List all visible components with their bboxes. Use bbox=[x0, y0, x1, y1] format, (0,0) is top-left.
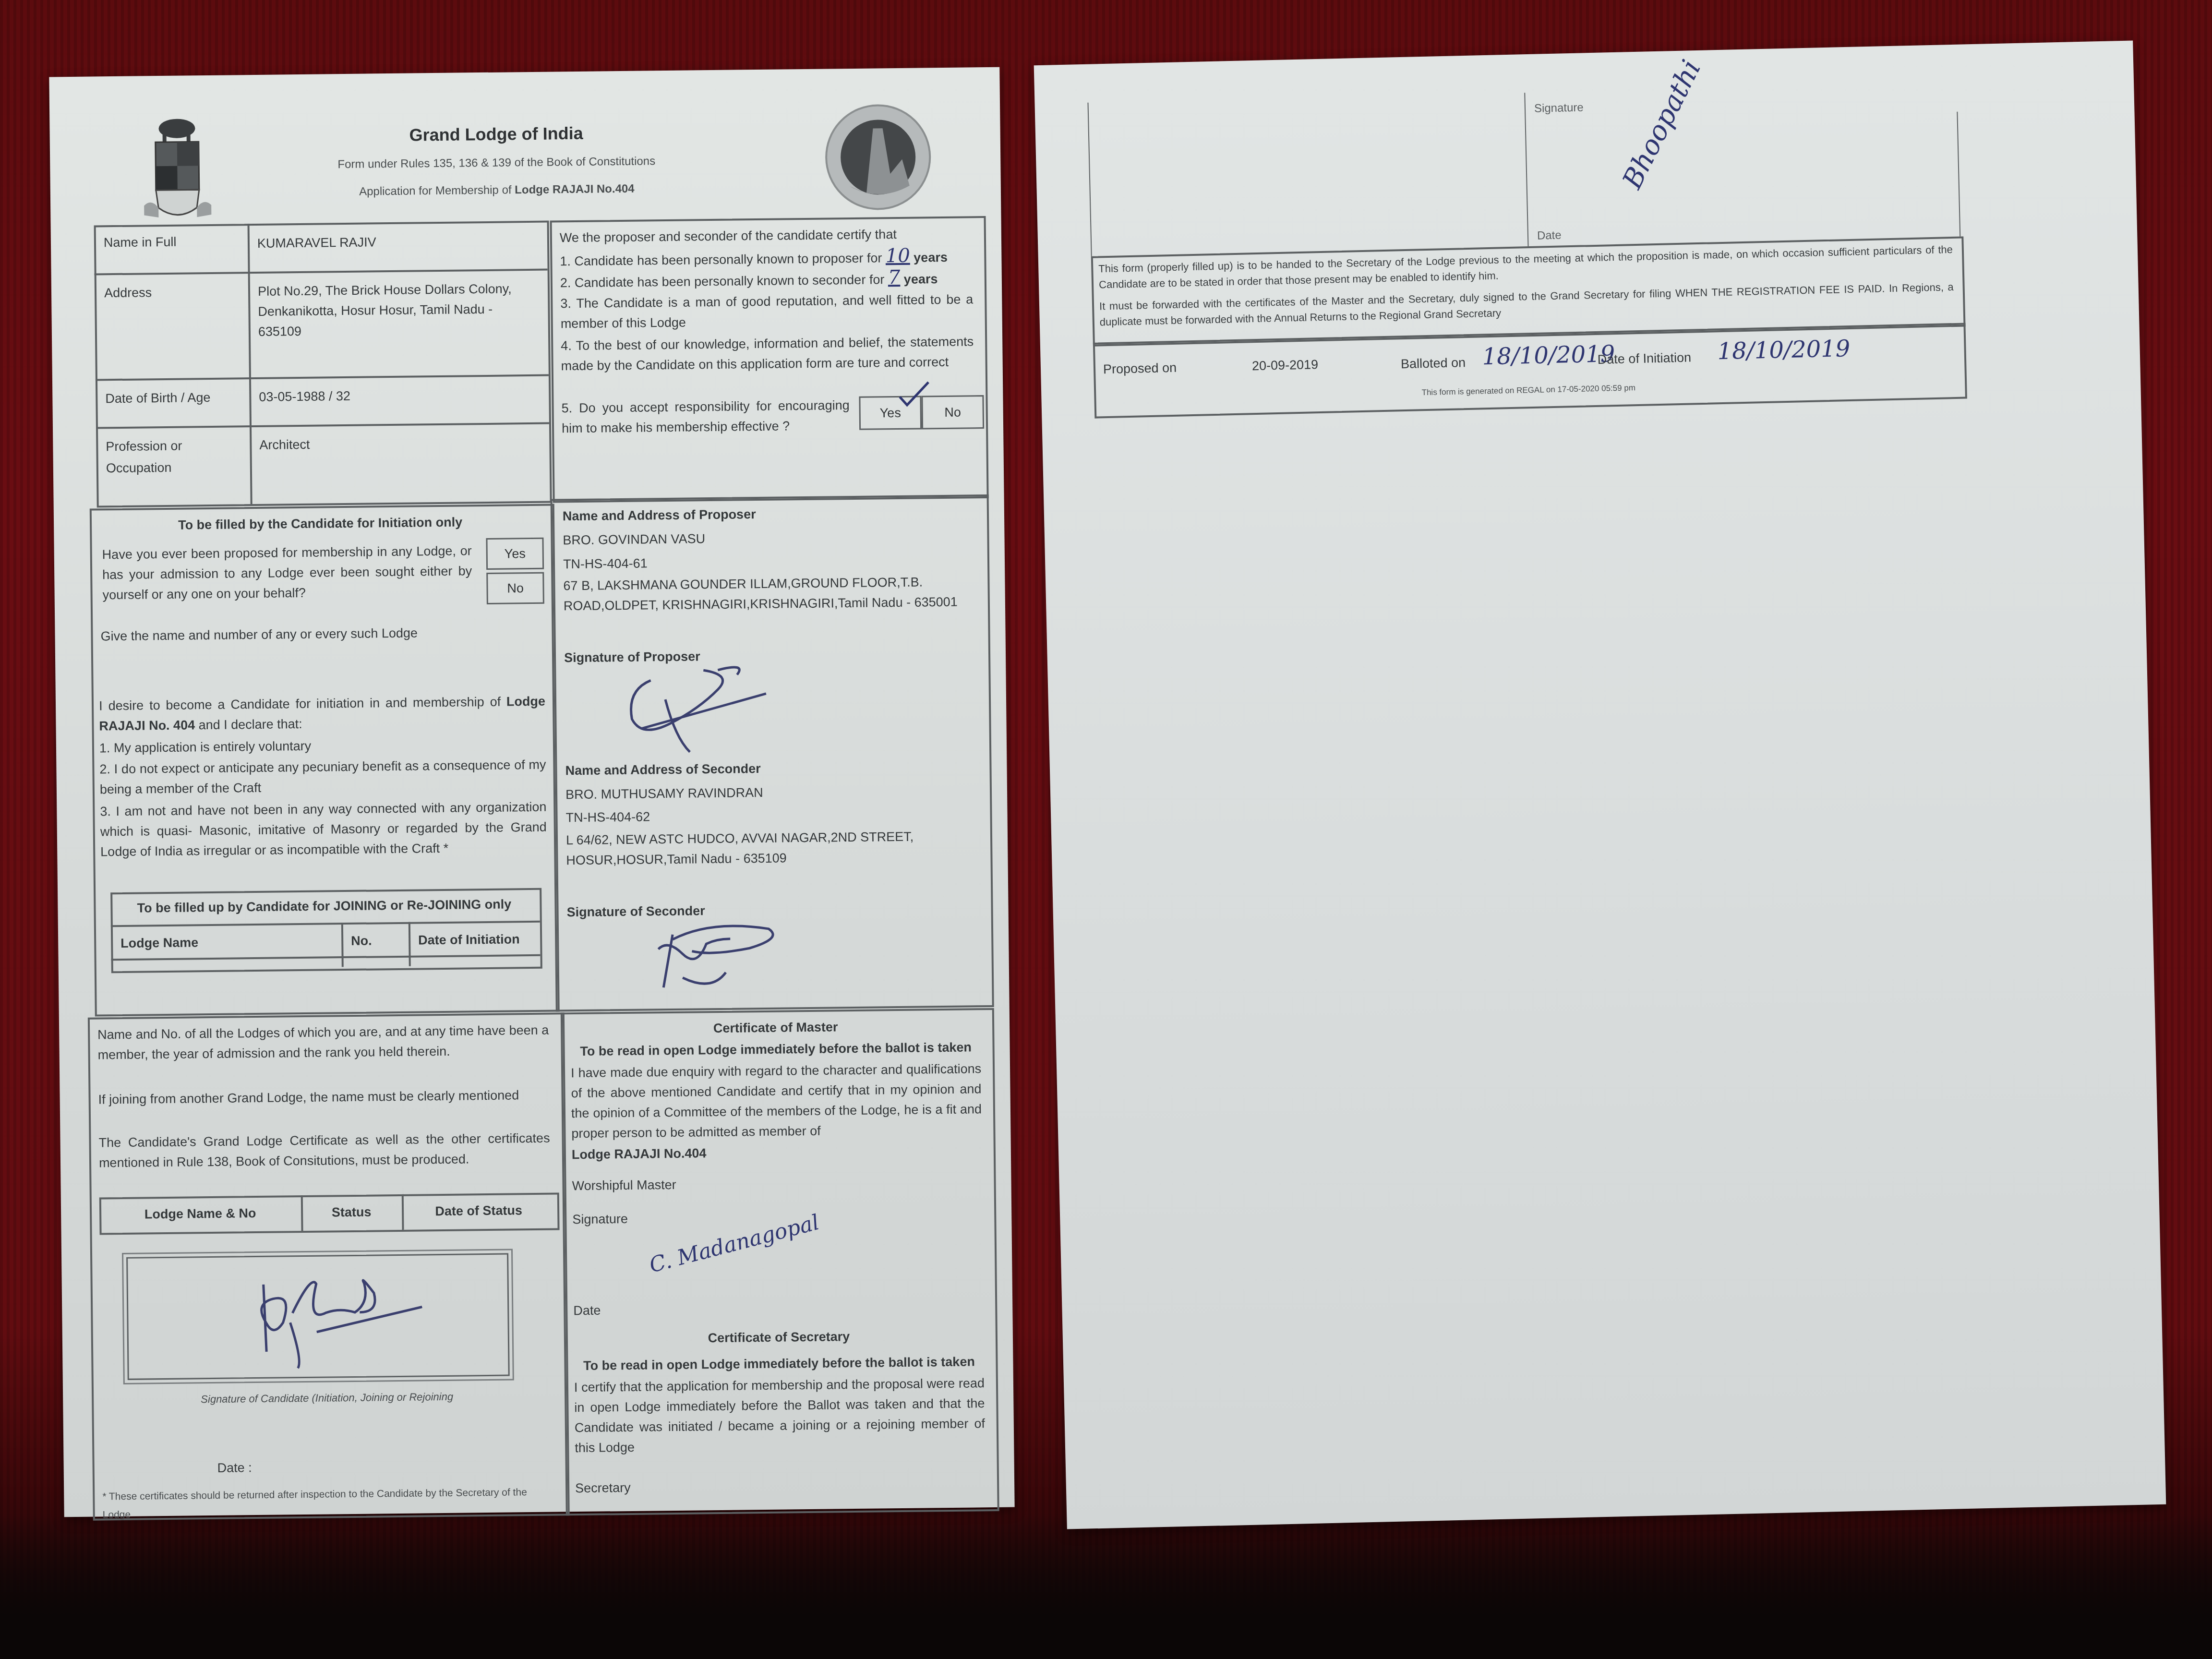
master-role: Worshipful Master bbox=[572, 1175, 676, 1196]
master-lodge: Lodge RAJAJI No.404 bbox=[572, 1143, 707, 1165]
master-signature-label: Signature bbox=[572, 1209, 628, 1229]
seconder-id: TN-HS-404-62 bbox=[565, 806, 650, 828]
address-label: Address bbox=[104, 282, 152, 303]
item1-suffix: years bbox=[914, 250, 948, 265]
joining-col-lodge-name: Lodge Name bbox=[120, 932, 198, 953]
seconder-address: L 64/62, NEW ASTC HUDCO, AVVAI NAGAR,2ND… bbox=[566, 826, 979, 870]
item2-text: 2. Candidate has been personally known t… bbox=[560, 272, 885, 290]
seconder-signature-label: Signature of Seconder bbox=[566, 901, 705, 922]
proposer-id: TN-HS-404-61 bbox=[563, 553, 648, 574]
initiation-date-value: 18/10/2019 bbox=[1717, 335, 1851, 365]
seconder-heading: Name and Address of Seconder bbox=[565, 758, 761, 781]
proposer-address: 67 B, LAKSHMANA GOUNDER ILLAM,GROUND FLO… bbox=[563, 571, 976, 616]
balloted-on-label: Balloted on bbox=[1401, 352, 1466, 374]
grand-lodge-crest-icon bbox=[141, 114, 214, 225]
item1-text: 1. Candidate has been personally known t… bbox=[560, 251, 882, 268]
form-subtitle: Form under Rules 135, 136 & 139 of the B… bbox=[232, 154, 760, 173]
item2-suffix: years bbox=[904, 272, 938, 287]
secretary-role: Secretary bbox=[575, 1478, 631, 1498]
regional-seal-icon bbox=[822, 101, 934, 213]
name-label: Name in Full bbox=[104, 232, 177, 253]
item3-text: 3. The Candidate is a man of good reputa… bbox=[560, 289, 974, 334]
declaration-intro: I desire to become a Candidate for initi… bbox=[99, 691, 546, 736]
item4-text: 4. To the best of our knowledge, informa… bbox=[561, 331, 974, 376]
application-lodge: Lodge RAJAJI No.404 bbox=[515, 182, 635, 197]
item1-years-value: 10 bbox=[886, 245, 910, 267]
dob-label: Date of Birth / Age bbox=[105, 387, 211, 409]
declaration-3: 3. I am not and have not been in any way… bbox=[100, 797, 547, 862]
seconder-name: BRO. MUTHUSAMY RAVINDRAN bbox=[565, 782, 763, 805]
certification-intro: We the proposer and seconder of the cand… bbox=[560, 223, 973, 248]
proposed-on-label: Proposed on bbox=[1103, 358, 1177, 379]
balloted-on-value: 18/10/2019 bbox=[1482, 340, 1615, 370]
joining-col-date: Date of Initiation bbox=[418, 929, 520, 950]
initiation-question: Have you ever been proposed for membersh… bbox=[102, 541, 472, 605]
name-value: KUMARAVEL RAJIV bbox=[257, 230, 536, 253]
initiation-no-checkbox[interactable]: No bbox=[486, 572, 544, 604]
application-form-page-1: Grand Lodge of India Form under Rules 13… bbox=[49, 67, 1014, 1517]
declaration-2: 2. I do not expect or anticipate any pec… bbox=[99, 755, 546, 800]
proposer-name: BRO. GOVINDAN VASU bbox=[563, 529, 705, 550]
lodges-col-status: Status bbox=[301, 1202, 402, 1223]
lodges-para-3: The Candidate's Grand Lodge Certificate … bbox=[98, 1128, 550, 1173]
dob-value: 03-05-1988 / 32 bbox=[259, 386, 350, 407]
right-date-label: Date bbox=[1537, 229, 1562, 243]
certificates-footnote: * These certificates should be returned … bbox=[102, 1483, 554, 1525]
right-signature-label: Signature bbox=[1534, 101, 1584, 115]
checkmark-icon bbox=[897, 380, 931, 409]
address-value: Plot No.29, The Brick House Dollars Colo… bbox=[258, 278, 537, 342]
candidate-signature bbox=[244, 1263, 446, 1371]
proposer-signature bbox=[622, 660, 795, 757]
form-title: Grand Lodge of India bbox=[232, 121, 760, 147]
candidate-date-label: Date : bbox=[217, 1457, 252, 1478]
secretary-body: I certify that the application for membe… bbox=[574, 1373, 986, 1458]
lodges-col-name: Lodge Name & No bbox=[99, 1202, 301, 1225]
right-signature: Bhoopathi bbox=[1617, 55, 1707, 194]
application-line: Application for Membership of Lodge RAJA… bbox=[233, 181, 761, 200]
proposer-heading: Name and Address of Proposer bbox=[563, 504, 756, 526]
initiation-date-label: Date of Initiation bbox=[1597, 347, 1691, 369]
lodges-col-date: Date of Status bbox=[402, 1200, 555, 1222]
initiation-yes-checkbox[interactable]: Yes bbox=[486, 538, 544, 570]
profession-label-2: Occupation bbox=[106, 457, 172, 478]
master-body: I have made due enquiry with regard to t… bbox=[571, 1058, 982, 1143]
seconder-signature bbox=[653, 919, 789, 997]
item5-text: 5. Do you accept responsibility for enco… bbox=[561, 395, 850, 438]
profession-label-1: Profession or bbox=[106, 436, 182, 457]
master-date-label: Date bbox=[573, 1300, 601, 1321]
joining-col-no: No. bbox=[351, 931, 372, 951]
application-prefix: Application for Membership of bbox=[359, 183, 515, 198]
item2-years-value: 7 bbox=[888, 266, 901, 289]
application-form-page-2: Signature Bhoopathi Date This form (prop… bbox=[1034, 40, 2166, 1529]
dark-foreground bbox=[0, 1515, 2212, 1659]
lodges-para-1: Name and No. of all the Lodges of which … bbox=[97, 1020, 549, 1065]
profession-value: Architect bbox=[259, 434, 310, 455]
proposed-on-value: 20-09-2019 bbox=[1252, 354, 1319, 376]
